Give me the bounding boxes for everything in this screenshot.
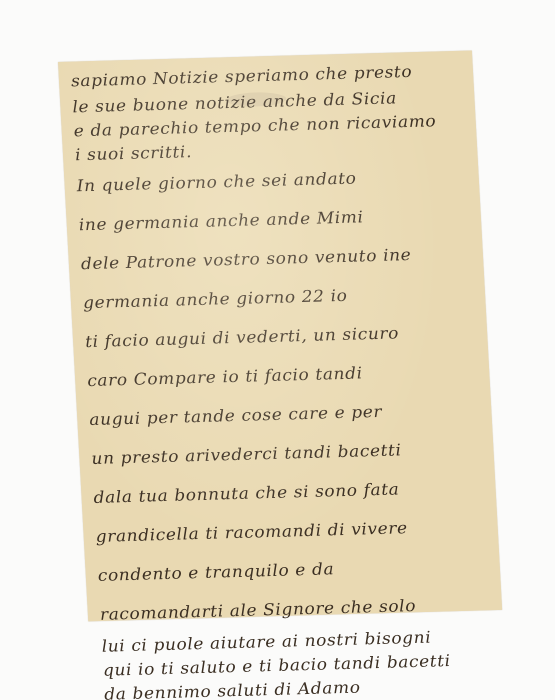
letter-paper: sapiamo Notizie speriamo che presto le s… xyxy=(58,50,502,621)
letter-text: sapiamo Notizie speriamo che presto le s… xyxy=(70,57,500,700)
